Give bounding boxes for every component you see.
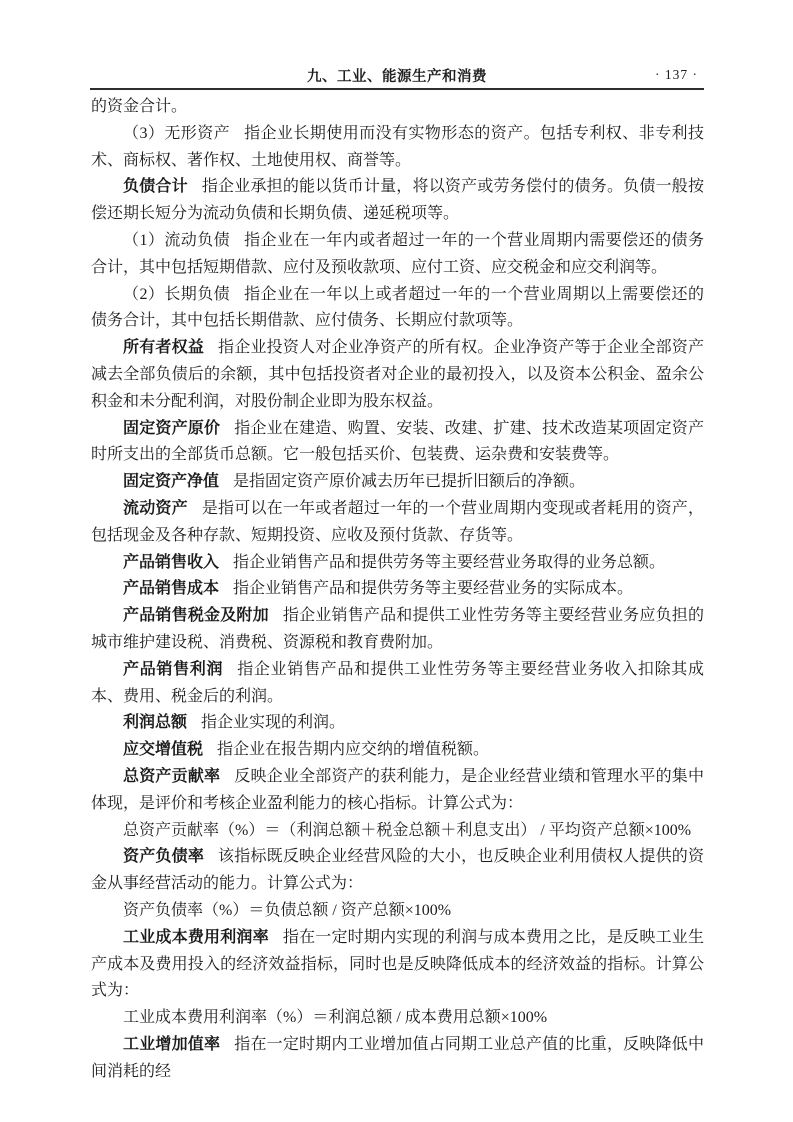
- term-label: 利润总额: [123, 714, 201, 731]
- entry-sales-cost: 产品销售成本指企业销售产品和提供劳务等主要经营业务的实际成本。: [91, 576, 704, 603]
- body-text: 的资金合计。 （3）无形资产指企业长期使用而没有实物形态的资产。包括专利权、非专…: [91, 94, 704, 1085]
- entry-sales-profit: 产品销售利润指企业销售产品和提供工业性劳务等主要经营业务收入扣除其成本、费用、税…: [91, 657, 704, 711]
- entry-owners-equity: 所有者权益指企业投资人对企业净资产的所有权。企业净资产等于企业全部资产减去全部负…: [91, 335, 704, 415]
- formula-asset-liability-ratio: 资产负债率（%）＝负债总额 / 资产总额×100%: [91, 898, 704, 925]
- term-label: 固定资产净值: [123, 473, 233, 490]
- entry-current-assets: 流动资产是指可以在一年或者超过一年的一个营业周期内变现或者耗用的资产，包括现金及…: [91, 496, 704, 550]
- formula-total-assets-contribution-rate: 总资产贡献率（%）＝（利润总额＋税金总额＋利息支出） / 平均资产总额×100%: [91, 818, 704, 845]
- entry-total-liabilities: 负债合计指企业承担的能以货币计量，将以资产或劳务偿付的债务。负债一般按偿还期长短…: [91, 174, 704, 228]
- entry-total-assets-contribution-rate: 总资产贡献率反映企业全部资产的获利能力，是企业经营业绩和管理水平的集中体现，是评…: [91, 764, 704, 818]
- term-definition: 指企业在报告期内应交纳的增值税额。: [217, 741, 489, 758]
- entry-current-liabilities: （1）流动负债指企业在一年内或者超过一年的一个营业周期内需要偿还的债务合计，其中…: [91, 228, 704, 282]
- continuation-paragraph: 的资金合计。: [91, 94, 704, 121]
- term-definition: 是指固定资产原价减去历年已提折旧额后的净额。: [233, 473, 585, 490]
- entry-vat-payable: 应交增值税指企业在报告期内应交纳的增值税额。: [91, 737, 704, 764]
- term-definition: 指企业销售产品和提供劳务等主要经营业务取得的业务总额。: [233, 554, 665, 571]
- entry-original-value-fixed-assets: 固定资产原价指企业在建造、购置、安装、改建、扩建、技术改造某项固定资产时所支出的…: [91, 416, 704, 470]
- term-label: 产品销售税金及附加: [123, 607, 283, 624]
- term-label: 固定资产原价: [123, 420, 234, 437]
- formula-profit-rate-of-cost: 工业成本费用利润率（%）＝利润总额 / 成本费用总额×100%: [91, 1005, 704, 1032]
- term-label: （2）长期负债: [123, 286, 244, 303]
- term-label: 所有者权益: [123, 339, 218, 356]
- term-label: 产品销售收入: [123, 554, 233, 571]
- page-number: · 137 ·: [655, 67, 698, 83]
- entry-profit-rate-of-cost: 工业成本费用利润率指在一定时期内实现的利润与成本费用之比，是反映工业生产成本及费…: [91, 925, 704, 1005]
- entry-total-profit: 利润总额指企业实现的利润。: [91, 710, 704, 737]
- term-label: 工业增加值率: [123, 1036, 234, 1053]
- page-header: 九、工业、能源生产和消费 · 137 ·: [90, 61, 704, 90]
- term-label: （3）无形资产: [123, 125, 244, 142]
- term-label: （1）流动负债: [123, 232, 244, 249]
- term-label: 资产负债率: [123, 848, 218, 865]
- term-label: 总资产贡献率: [123, 768, 234, 785]
- entry-intangible-assets: （3）无形资产指企业长期使用而没有实物形态的资产。包括专利权、非专利技术、商标权…: [91, 121, 704, 175]
- term-label: 应交增值税: [123, 741, 217, 758]
- term-label: 负债合计: [123, 178, 202, 195]
- term-label: 产品销售利润: [123, 661, 237, 678]
- term-definition: 指企业实现的利润。: [201, 714, 345, 731]
- document-page: 九、工业、能源生产和消费 · 137 · 的资金合计。 （3）无形资产指企业长期…: [0, 0, 793, 1122]
- entry-value-added-rate: 工业增加值率指在一定时期内工业增加值占同期工业总产值的比重，反映降低中间消耗的经: [91, 1032, 704, 1086]
- term-label: 产品销售成本: [123, 580, 233, 597]
- entry-net-value-fixed-assets: 固定资产净值是指固定资产原价减去历年已提折旧额后的净额。: [91, 469, 704, 496]
- entry-sales-revenue: 产品销售收入指企业销售产品和提供劳务等主要经营业务取得的业务总额。: [91, 550, 704, 577]
- term-label: 流动资产: [123, 500, 202, 517]
- chapter-title: 九、工业、能源生产和消费: [90, 65, 704, 86]
- entry-asset-liability-ratio: 资产负债率该指标既反映企业经营风险的大小，也反映企业利用债权人提供的资金从事经营…: [91, 844, 704, 898]
- term-label: 工业成本费用利润率: [123, 929, 283, 946]
- entry-longterm-liabilities: （2）长期负债指企业在一年以上或者超过一年的一个营业周期以上需要偿还的债务合计，…: [91, 282, 704, 336]
- term-definition: 指企业销售产品和提供劳务等主要经营业务的实际成本。: [233, 580, 633, 597]
- entry-sales-tax-surcharge: 产品销售税金及附加指企业销售产品和提供工业性劳务等主要经营业务应负担的城市维护建…: [91, 603, 704, 657]
